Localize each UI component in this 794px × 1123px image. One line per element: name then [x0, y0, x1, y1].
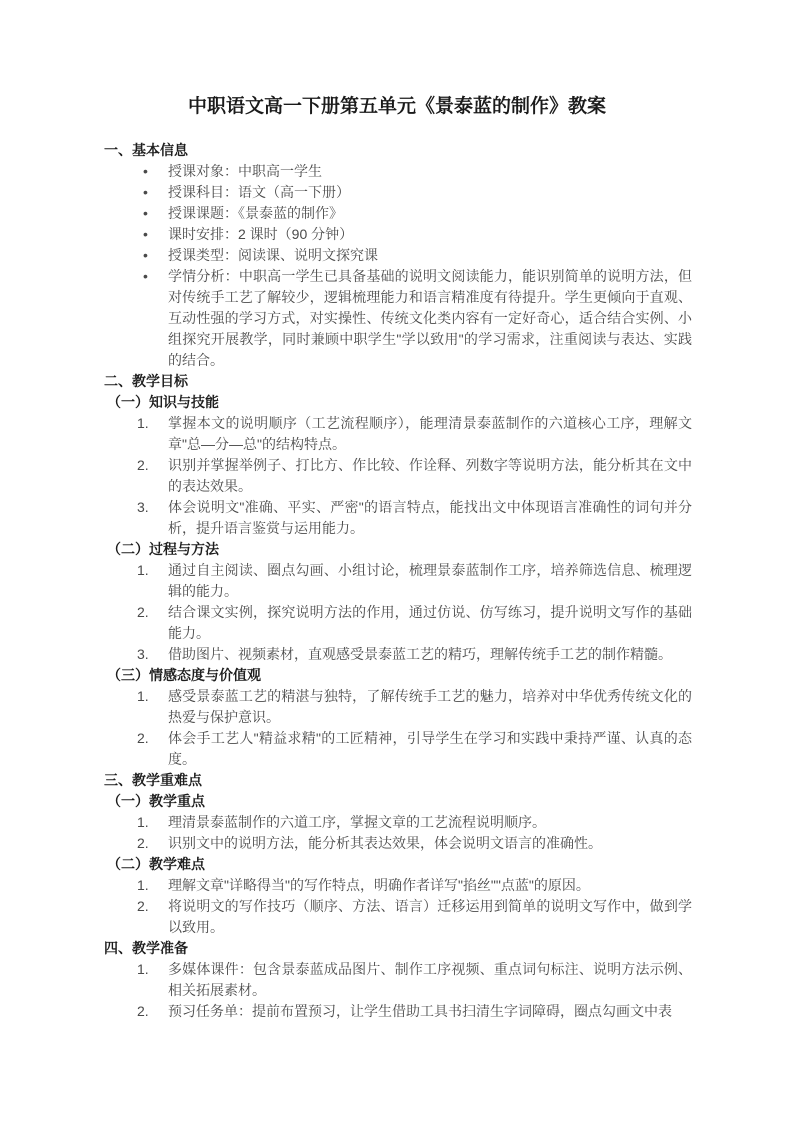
- numbered-item: 3. 借助图片、视频素材，直观感受景泰蓝工艺的精巧，理解传统手工艺的制作精髓。: [104, 644, 692, 665]
- list-item: • 课时安排：2 课时（90 分钟）: [104, 224, 692, 245]
- item-number: 2.: [137, 896, 163, 917]
- item-number: 2.: [137, 602, 163, 623]
- numbered-item-text: 体会说明文"准确、平实、严密"的语言特点，能找出文中体现语言准确性的词句并分析，…: [168, 499, 692, 536]
- bullet-icon: •: [143, 224, 148, 245]
- subsection-heading-values: （三）情感态度与价值观: [104, 665, 692, 686]
- numbered-item: 1. 理解文章"详略得当"的写作特点，明确作者详写"掐丝""点蓝"的原因。: [104, 875, 692, 896]
- list-item: • 授课课题：《景泰蓝的制作》: [104, 203, 692, 224]
- list-item: • 学情分析：中职高一学生已具备基础的说明文阅读能力，能识别简单的说明方法，但对…: [104, 266, 692, 371]
- numbered-item-text: 预习任务单：提前布置预习，让学生借助工具书扫清生字词障碍，圈点勾画文中表: [168, 1003, 672, 1019]
- subsection-heading-knowledge-skills: （一）知识与技能: [104, 392, 692, 413]
- numbered-item: 2. 将说明文的写作技巧（顺序、方法、语言）迁移运用到简单的说明文写作中，做到学…: [104, 896, 692, 938]
- numbered-item: 1. 通过自主阅读、圈点勾画、小组讨论，梳理景泰蓝制作工序，培养筛选信息、梳理逻…: [104, 560, 692, 602]
- numbered-item: 1. 感受景泰蓝工艺的精湛与独特，了解传统手工艺的魅力，培养对中华优秀传统文化的…: [104, 686, 692, 728]
- numbered-item: 1. 理清景泰蓝制作的六道工序，掌握文章的工艺流程说明顺序。: [104, 812, 692, 833]
- bullet-icon: •: [143, 203, 148, 224]
- numbered-item-text: 通过自主阅读、圈点勾画、小组讨论，梳理景泰蓝制作工序，培养筛选信息、梳理逻辑的能…: [168, 562, 692, 599]
- item-number: 1.: [137, 413, 163, 434]
- numbered-item: 2. 结合课文实例，探究说明方法的作用，通过仿说、仿写练习，提升说明文写作的基础…: [104, 602, 692, 644]
- bullet-icon: •: [143, 182, 148, 203]
- numbered-item-text: 理解文章"详略得当"的写作特点，明确作者详写"掐丝""点蓝"的原因。: [168, 877, 590, 893]
- numbered-item: 2. 体会手工艺人"精益求精"的工匠精神，引导学生在学习和实践中秉持严谨、认真的…: [104, 728, 692, 770]
- item-number: 2.: [137, 1001, 163, 1022]
- numbered-item-text: 结合课文实例，探究说明方法的作用，通过仿说、仿写练习，提升说明文写作的基础能力。: [168, 604, 692, 641]
- item-number: 3.: [137, 644, 163, 665]
- subsection-heading-difficult-points: （二）教学难点: [104, 854, 692, 875]
- numbered-item-text: 识别文中的说明方法，能分析其表达效果，体会说明文语言的准确性。: [168, 835, 602, 851]
- numbered-item-text: 识别并掌握举例子、打比方、作比较、作诠释、列数字等说明方法，能分析其在文中的表达…: [168, 457, 692, 494]
- bullet-icon: •: [143, 245, 148, 266]
- item-number: 1.: [137, 686, 163, 707]
- section-heading-key-difficult-points: 三、教学重难点: [104, 770, 692, 791]
- list-item: • 授课对象：中职高一学生: [104, 161, 692, 182]
- item-number: 1.: [137, 875, 163, 896]
- numbered-item-text: 将说明文的写作技巧（顺序、方法、语言）迁移运用到简单的说明文写作中，做到学以致用…: [168, 898, 692, 935]
- list-item-text: 授课课题：《景泰蓝的制作》: [168, 205, 343, 221]
- item-number: 3.: [137, 497, 163, 518]
- list-item: • 授课科目：语文（高一下册）: [104, 182, 692, 203]
- numbered-item-text: 体会手工艺人"精益求精"的工匠精神，引导学生在学习和实践中秉持严谨、认真的态度。: [168, 730, 692, 767]
- list-item: • 授课类型：阅读课、说明文探究课: [104, 245, 692, 266]
- item-number: 2.: [137, 728, 163, 749]
- numbered-item: 2. 识别并掌握举例子、打比方、作比较、作诠释、列数字等说明方法，能分析其在文中…: [104, 455, 692, 497]
- numbered-item: 1. 掌握本文的说明顺序（工艺流程顺序），能理清景泰蓝制作的六道核心工序，理解文…: [104, 413, 692, 455]
- item-number: 1.: [137, 560, 163, 581]
- item-number: 2.: [137, 455, 163, 476]
- subsection-heading-process-method: （二）过程与方法: [104, 539, 692, 560]
- numbered-item: 3. 体会说明文"准确、平实、严密"的语言特点，能找出文中体现语言准确性的词句并…: [104, 497, 692, 539]
- numbered-item: 2. 识别文中的说明方法，能分析其表达效果，体会说明文语言的准确性。: [104, 833, 692, 854]
- item-number: 1.: [137, 959, 163, 980]
- section-heading-teaching-preparation: 四、教学准备: [104, 938, 692, 959]
- numbered-item: 2. 预习任务单：提前布置预习，让学生借助工具书扫清生字词障碍，圈点勾画文中表: [104, 1001, 692, 1022]
- bullet-icon: •: [143, 266, 148, 287]
- list-item-text: 课时安排：2 课时（90 分钟）: [168, 226, 353, 242]
- document-body: 一、基本信息 • 授课对象：中职高一学生 • 授课科目：语文（高一下册） • 授…: [104, 140, 692, 1022]
- item-number: 2.: [137, 833, 163, 854]
- numbered-item-text: 掌握本文的说明顺序（工艺流程顺序），能理清景泰蓝制作的六道核心工序，理解文章"总…: [168, 415, 692, 452]
- subsection-heading-key-points: （一）教学重点: [104, 791, 692, 812]
- numbered-item-text: 借助图片、视频素材，直观感受景泰蓝工艺的精巧，理解传统手工艺的制作精髓。: [168, 646, 672, 662]
- numbered-item-text: 感受景泰蓝工艺的精湛与独特，了解传统手工艺的魅力，培养对中华优秀传统文化的热爱与…: [168, 688, 692, 725]
- numbered-item: 1. 多媒体课件：包含景泰蓝成品图片、制作工序视频、重点词句标注、说明方法示例、…: [104, 959, 692, 1001]
- list-item-text: 学情分析：中职高一学生已具备基础的说明文阅读能力，能识别简单的说明方法，但对传统…: [168, 268, 692, 368]
- document-page: 中职语文高一下册第五单元《景泰蓝的制作》教案 一、基本信息 • 授课对象：中职高…: [0, 0, 794, 1123]
- numbered-item-text: 多媒体课件：包含景泰蓝成品图片、制作工序视频、重点词句标注、说明方法示例、相关拓…: [168, 961, 692, 998]
- document-title: 中职语文高一下册第五单元《景泰蓝的制作》教案: [0, 93, 794, 121]
- section-heading-basic-info: 一、基本信息: [104, 140, 692, 161]
- section-heading-teaching-goals: 二、教学目标: [104, 371, 692, 392]
- list-item-text: 授课类型：阅读课、说明文探究课: [168, 247, 378, 263]
- list-item-text: 授课科目：语文（高一下册）: [168, 184, 350, 200]
- numbered-item-text: 理清景泰蓝制作的六道工序，掌握文章的工艺流程说明顺序。: [168, 814, 546, 830]
- item-number: 1.: [137, 812, 163, 833]
- bullet-icon: •: [143, 161, 148, 182]
- list-item-text: 授课对象：中职高一学生: [168, 163, 322, 179]
